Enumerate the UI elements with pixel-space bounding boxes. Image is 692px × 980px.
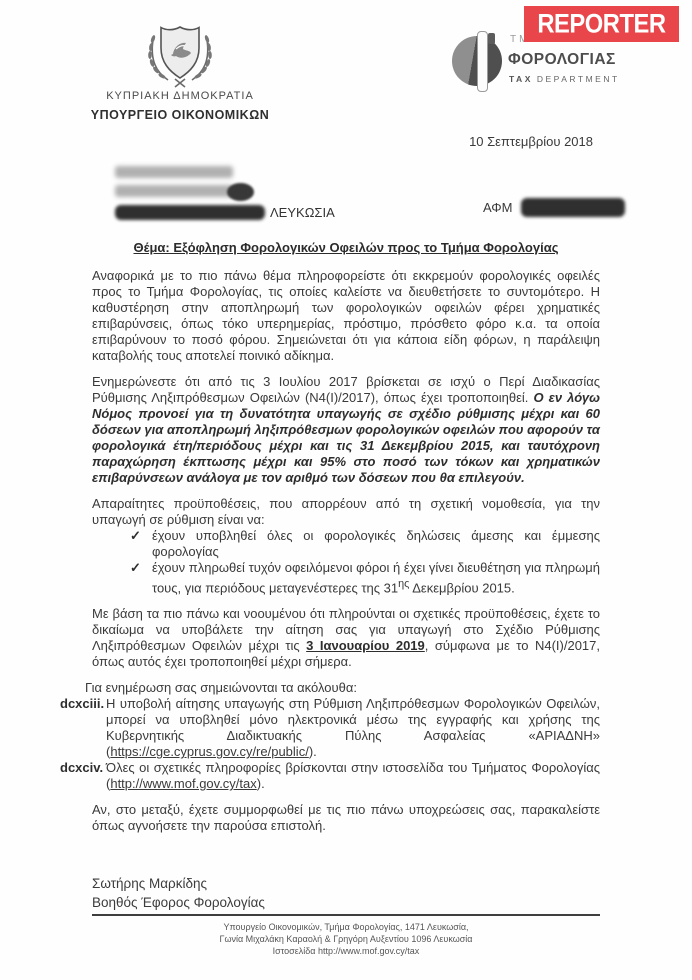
redacted-blob — [227, 183, 254, 201]
condition-2-ordinal: ης — [398, 578, 409, 590]
condition-2-post: Δεκεμβρίου 2015. — [409, 580, 514, 595]
redacted-recipient-name — [115, 166, 233, 178]
deadline-date: 3 Ιανουαρίου 2019 — [306, 638, 425, 653]
reporter-logo-text: REPORTER — [537, 8, 665, 39]
department-en-label: DEPARTMENT — [537, 74, 620, 84]
recipient-address-block: ΛΕΥΚΩΣΙΑ — [115, 166, 335, 220]
redacted-recipient-street — [115, 185, 233, 197]
note-1-number: dcxciii. — [60, 696, 106, 760]
tax-department-name-gr2: ΦΟΡΟΛΟΓΙΑΣ — [508, 51, 616, 69]
subject-line: Θέμα: Εξόφληση Φορολογικών Οφειλών προς … — [92, 240, 600, 256]
footer-line-3: Ιστοσελίδα http://www.mof.gov.cy/tax — [92, 945, 600, 957]
cyprus-coat-of-arms-icon — [138, 22, 222, 88]
condition-2-text: έχουν πληρωθεί τυχόν οφειλόμενοι φόροι ή… — [152, 560, 600, 596]
condition-2-pre: έχουν πληρωθεί τυχόν οφειλόμενοι φόροι ή… — [152, 560, 600, 595]
scanned-letter-page: ΚΥΠΡΙΑΚΗ ΔΗΜΟΚΡΑΤΙΑ ΥΠΟΥΡΓΕΙΟ ΟΙΚΟΝΟΜΙΚΩ… — [0, 0, 692, 980]
tax-en-label: TAX — [509, 74, 533, 84]
checkmark-icon: ✓ — [130, 560, 152, 596]
letter-date: 10 Σεπτεμβρίου 2018 — [469, 134, 593, 149]
note-2-post: ). — [257, 776, 265, 791]
redacted-afm-number — [521, 198, 625, 217]
note-1-post: ). — [309, 744, 317, 759]
footer-line-2: Γωνία Μιχαλάκη Καραολή & Γρηγόρη Αυξεντί… — [92, 933, 600, 945]
paragraph-2-normal: Ενημερώνεστε ότι από τις 3 Ιουλίου 2017 … — [92, 374, 600, 405]
signer-name: Σωτήρης Μαρκίδης — [92, 874, 600, 893]
note-1-text: Η υποβολή αίτησης υπαγωγής στη Ρύθμιση Λ… — [106, 696, 600, 760]
paragraph-1: Αναφορικά με το πιο πάνω θέμα πληροφορεί… — [92, 268, 600, 364]
tax-department-name-en: TAXDEPARTMENT — [509, 74, 620, 84]
conditions-list: ✓ έχουν υποβληθεί όλες οι φορολογικές δη… — [92, 528, 600, 596]
republic-title: ΚΥΠΡΙΑΚΗ ΔΗΜΟΚΡΑΤΙΑ — [60, 90, 300, 102]
footer-divider — [92, 914, 600, 916]
checkmark-icon: ✓ — [130, 528, 152, 560]
tax-department-logo-nub — [488, 33, 495, 44]
letter-body: Θέμα: Εξόφληση Φορολογικών Οφειλών προς … — [92, 240, 600, 912]
tax-department-logo-bar — [477, 31, 488, 92]
condition-1-text: έχουν υποβληθεί όλες οι φορολογικές δηλώ… — [152, 528, 600, 560]
footer-line-1: Υπουργείο Οικονομικών, Τμήμα Φορολογίας,… — [92, 921, 600, 933]
recipient-city: ΛΕΥΚΩΣΙΑ — [270, 205, 335, 220]
afm-label: ΑΦΜ — [483, 200, 513, 215]
ariadni-portal-url: https://cge.cyprus.gov.cy/re/public/ — [110, 744, 308, 759]
redacted-recipient-postcode — [115, 205, 265, 220]
reporter-logo: REPORTER — [524, 6, 679, 42]
paragraph-6: Αν, στο μεταξύ, έχετε συμμορφωθεί με τις… — [92, 802, 600, 834]
paragraph-2: Ενημερώνεστε ότι από τις 3 Ιουλίου 2017 … — [92, 374, 600, 486]
note-2-text: Όλες οι σχετικές πληροφορίες βρίσκονται … — [106, 760, 600, 792]
note-item-2: dcxciv. Όλες οι σχετικές πληροφορίες βρί… — [92, 760, 600, 792]
signer-title: Βοηθός Έφορος Φορολογίας — [92, 893, 600, 912]
paragraph-4: Με βάση τα πιο πάνω και νοουμένου ότι πλ… — [92, 606, 600, 670]
tax-id-row: ΑΦΜ — [483, 198, 625, 217]
letter-footer: Υπουργείο Οικονομικών, Τμήμα Φορολογίας,… — [92, 914, 600, 957]
ministry-title: ΥΠΟΥΡΓΕΙΟ ΟΙΚΟΝΟΜΙΚΩΝ — [60, 108, 300, 122]
note-2-number: dcxciv. — [60, 760, 106, 792]
conditions-intro: Απαραίτητες προϋποθέσεις, που απορρέουν … — [92, 496, 600, 528]
condition-item-1: ✓ έχουν υποβληθεί όλες οι φορολογικές δη… — [92, 528, 600, 560]
condition-item-2: ✓ έχουν πληρωθεί τυχόν οφειλόμενοι φόροι… — [92, 560, 600, 596]
notes-intro: Για ενημέρωση σας σημειώνονται τα ακόλου… — [85, 680, 600, 696]
mof-website-url: http://www.mof.gov.cy/tax — [110, 776, 256, 791]
signature-block: Σωτήρης Μαρκίδης Βοηθός Έφορος Φορολογία… — [92, 874, 600, 912]
note-item-1: dcxciii. Η υποβολή αίτησης υπαγωγής στη … — [92, 696, 600, 760]
